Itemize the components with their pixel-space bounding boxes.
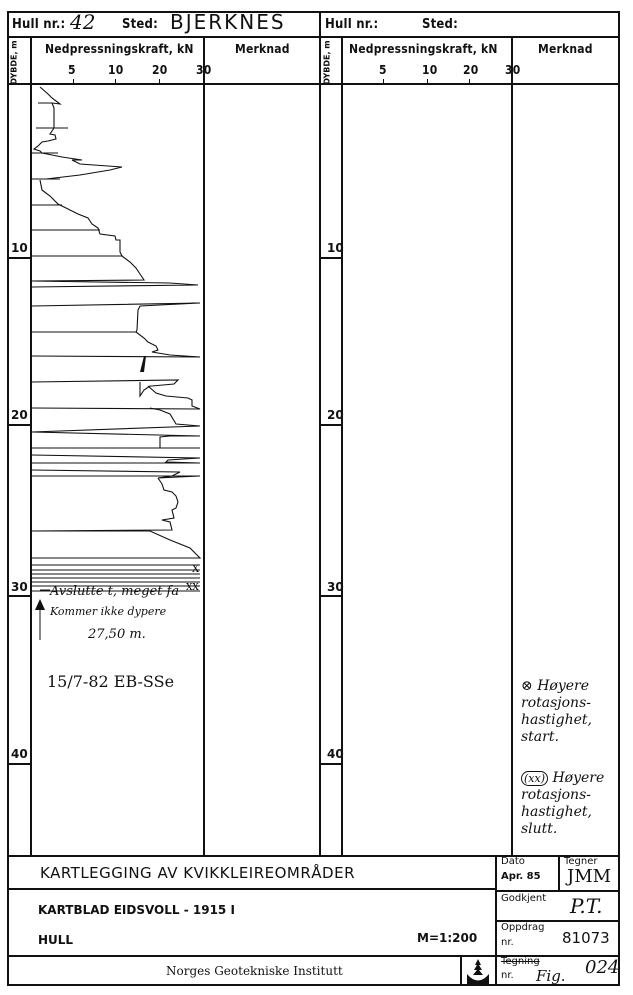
right-hull-label: Hull nr.: bbox=[325, 17, 378, 32]
tegning-label: Tegning bbox=[501, 956, 540, 967]
oppdrag-label: Oppdrag bbox=[501, 922, 545, 933]
dato-value: Apr. 85 bbox=[501, 871, 541, 882]
right-depth-axis-label: DYBDE, m bbox=[323, 40, 332, 84]
oppdrag-nr-label: nr. bbox=[501, 937, 514, 948]
institute-name: Norges Geotekniske Institutt bbox=[166, 964, 343, 978]
right-remark-header: Merknad bbox=[538, 42, 593, 56]
legend-item-end: (xx) Høyere rotasjons- hastighet, slutt. bbox=[521, 770, 617, 838]
right-sted-label: Sted: bbox=[422, 17, 458, 32]
scale: M=1:200 bbox=[417, 931, 477, 945]
dato-label: Dato bbox=[501, 856, 525, 867]
right-depth-tick-40: 40 bbox=[327, 747, 344, 761]
xx-circle-icon: (xx) bbox=[521, 771, 548, 786]
right-depth-tick-10: 10 bbox=[327, 241, 344, 255]
termination-depth: 27,50 m. bbox=[88, 627, 146, 642]
right-force-tick-5: 5 bbox=[379, 63, 387, 77]
right-force-tick-30: 30 bbox=[505, 63, 520, 77]
godkjent-label: Godkjent bbox=[501, 893, 546, 904]
right-force-header: Nedpressningskraft, kN bbox=[349, 42, 498, 56]
drawing-type: HULL bbox=[38, 933, 73, 947]
right-depth-tick-20: 20 bbox=[327, 408, 344, 422]
right-force-tick-20: 20 bbox=[463, 63, 478, 77]
godkjent-signature: P.T. bbox=[570, 894, 603, 918]
xx-marker: XX bbox=[186, 583, 199, 593]
ngi-logo-icon bbox=[463, 957, 493, 984]
map-sheet: KARTBLAD EIDSVOLL - 1915 I bbox=[38, 903, 235, 917]
oppdrag-value: 81073 bbox=[562, 929, 610, 947]
tegning-value: 024 bbox=[585, 957, 619, 978]
project-title: KARTLEGGING AV KVIKKLEIREOMRÅDER bbox=[40, 864, 355, 882]
fig-label: Fig. bbox=[536, 967, 566, 985]
x-circle-icon: ⊗ bbox=[521, 678, 533, 694]
x-marker: X bbox=[192, 564, 200, 575]
penetration-curve: X XX bbox=[0, 0, 633, 995]
tegner-value: JMM bbox=[567, 866, 611, 887]
right-depth-tick-30: 30 bbox=[327, 580, 344, 594]
legend-item-start: ⊗ Høyere rotasjons- hastighet, start. bbox=[521, 678, 617, 746]
tegning-nr-label: nr. bbox=[501, 970, 514, 981]
termination-note-1: Avslutte t, meget fa bbox=[50, 584, 179, 599]
termination-note-2: Kommer ikke dypere bbox=[50, 605, 166, 618]
right-force-tick-10: 10 bbox=[422, 63, 437, 77]
date-signature: 15/7-82 EB-SSe bbox=[47, 672, 174, 691]
